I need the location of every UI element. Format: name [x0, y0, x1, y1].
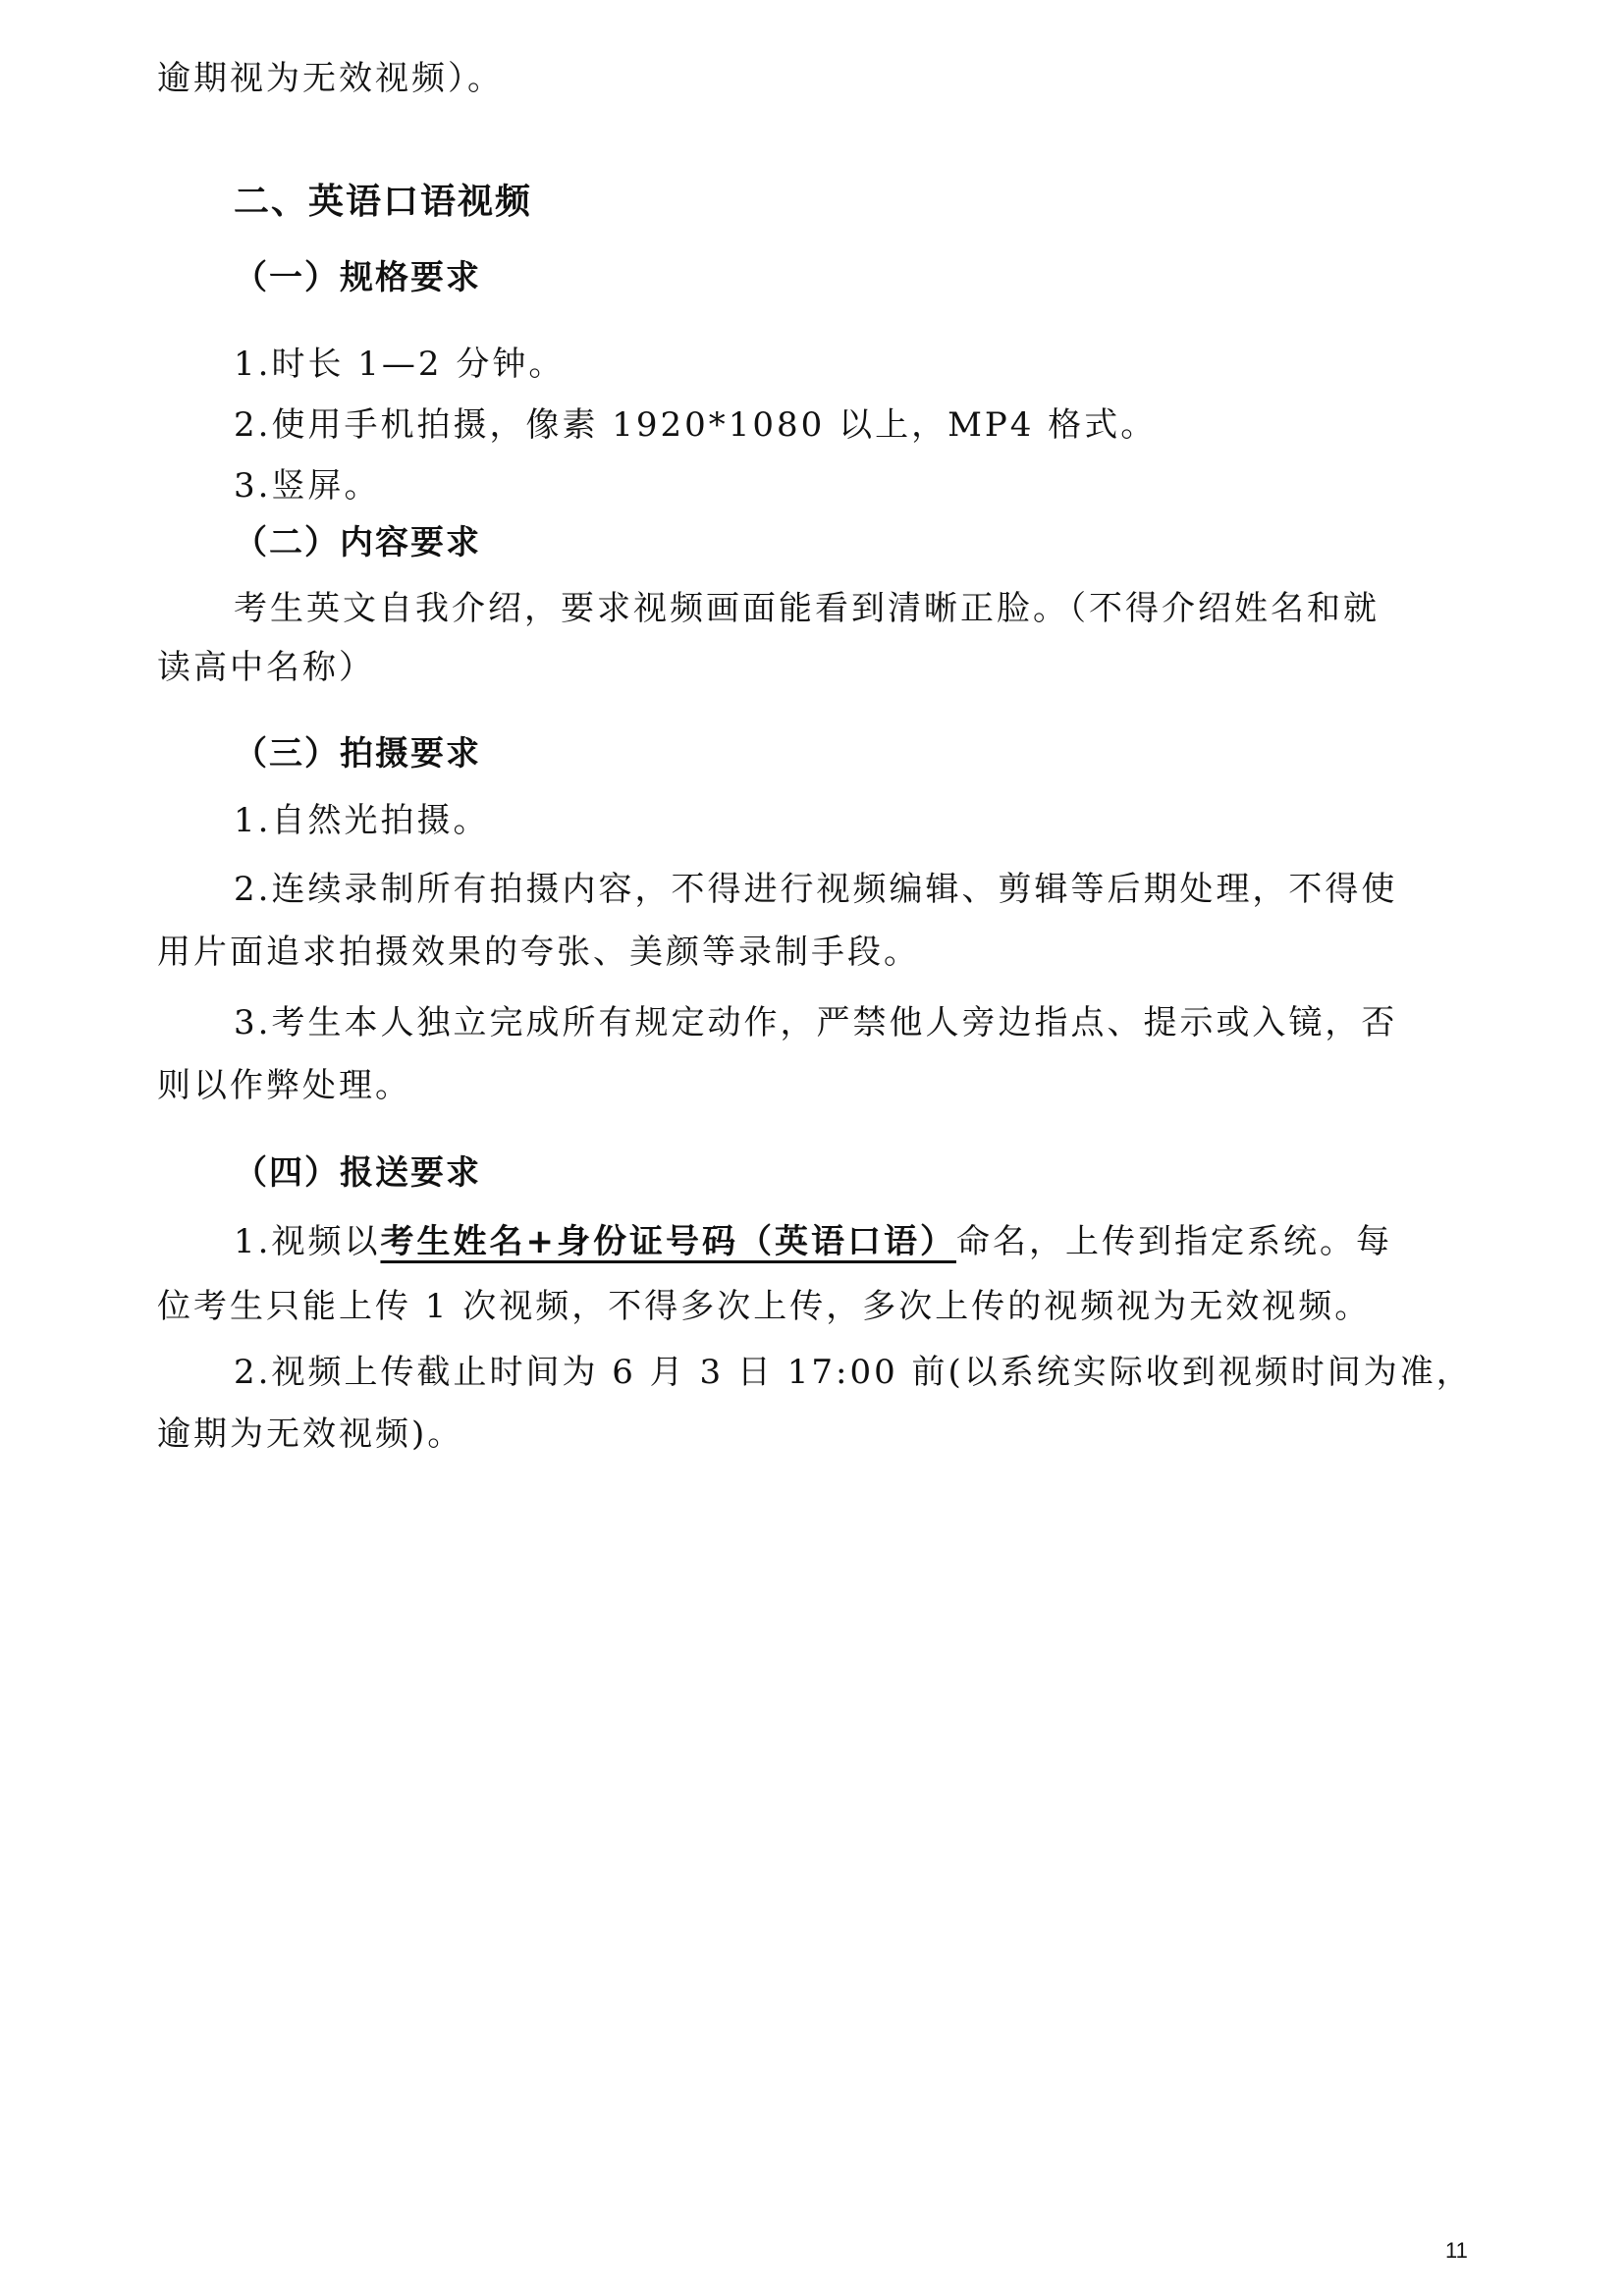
submit-item-2: 2.视频上传截止时间为 6 月 3 日 17:00 前(以系统实际收到视频时间为…: [234, 1345, 1473, 1393]
submit-item-1-suffix: 命名，上传到指定系统。每: [956, 1222, 1392, 1261]
shooting-line-4: 3.考生本人独立完成所有规定动作，严禁他人旁边指点、提示或入镜，否: [234, 995, 1397, 1043]
subsection-title-submit: （四）报送要求: [234, 1146, 481, 1194]
content-line-2: 读高中名称）: [157, 640, 375, 688]
submit-item-1-prefix: 1.视频以: [234, 1222, 380, 1261]
spec-item-3: 3.竖屏。: [234, 458, 380, 507]
spec-item-2: 2.使用手机拍摄，像素 1920*1080 以上，MP4 格式。: [234, 398, 1157, 446]
filename-format-underlined: 考生姓名+身份证号码（英语口语）: [380, 1222, 956, 1261]
shooting-line-5: 则以作弊处理。: [157, 1058, 411, 1106]
shooting-line-1: 1.自然光拍摄。: [234, 793, 489, 841]
section-title: 二、英语口语视频: [234, 174, 532, 224]
page-number: 11: [1445, 2238, 1468, 2264]
submit-item-1-line-2: 位考生只能上传 1 次视频，不得多次上传，多次上传的视频视为无效视频。: [157, 1279, 1371, 1327]
subsection-title-shooting: （三）拍摄要求: [234, 726, 481, 774]
submit-item-1: 1.视频以考生姓名+身份证号码（英语口语）命名，上传到指定系统。每: [234, 1214, 1392, 1262]
spec-item-1: 1.时长 1—2 分钟。: [234, 337, 565, 385]
subsection-title-content: （二）内容要求: [234, 515, 481, 563]
continuation-text: 逾期视为无效视频）。: [157, 51, 504, 99]
submit-item-2-line-2: 逾期为无效视频)。: [157, 1407, 463, 1455]
shooting-line-2: 2.连续录制所有拍摄内容，不得进行视频编辑、剪辑等后期处理，不得使: [234, 862, 1397, 910]
shooting-line-3: 用片面追求拍摄效果的夸张、美颜等录制手段。: [157, 925, 920, 973]
document-page: 逾期视为无效视频）。 二、英语口语视频 （一）规格要求 1.时长 1—2 分钟。…: [0, 0, 1624, 2296]
content-line-1: 考生英文自我介绍，要求视频画面能看到清晰正脸。（不得介绍姓名和就: [234, 581, 1380, 629]
subsection-title-spec: （一）规格要求: [234, 250, 481, 298]
